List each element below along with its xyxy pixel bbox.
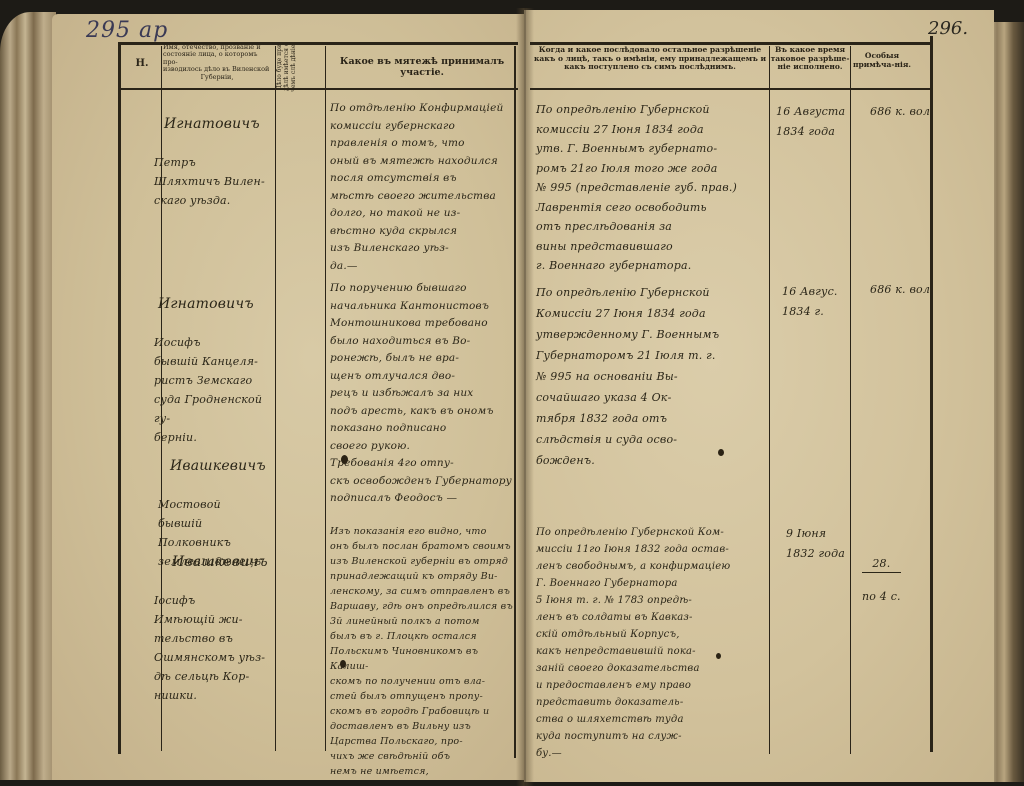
fraction-numerator: 28.	[862, 556, 901, 573]
ink-stain	[341, 455, 348, 464]
left-outer-border	[118, 42, 121, 754]
header-notes: Особыя примѣча-нія.	[852, 52, 912, 69]
entry-2-decision: По опредѣленію Губернской Комиссіи 27 Ію…	[536, 282, 768, 471]
entry-name: Петръ Шляхтичъ Вилен- скаго уѣзда.	[150, 153, 274, 210]
entry-surname: Ивашкевичъ	[150, 457, 274, 476]
header-executed: Въ какое время таковое разрѣше-ніе испол…	[770, 46, 850, 72]
entry-name: Иосифъ бывшій Канцеля- ристъ Земскаго су…	[150, 333, 274, 447]
entry-2-participation: По поручению бывшаго начальника Кантонис…	[330, 280, 516, 508]
fraction-denominator: по 4 с.	[862, 590, 901, 603]
header-participation: Какое въ мятежѣ принималъ участіе.	[327, 57, 517, 79]
header-case: Дѣло буде при дѣлѣ имѣется о чемъ слѣ дѣ…	[277, 42, 325, 92]
entry-surname: Игнатовичъ	[150, 295, 274, 314]
entry-name: Іосифъ Имѣющій жи- тельство въ Ошмянском…	[150, 591, 274, 705]
entry-4-executed: 9 Іюня 1832 года	[786, 524, 848, 564]
page-stack-left-edge	[0, 12, 56, 780]
ink-stain	[716, 653, 721, 659]
entry-1-executed: 16 Августа 1834 года	[776, 102, 848, 142]
col-divider-part	[325, 46, 326, 751]
entry-2-executed: 16 Авгус. 1834 г.	[782, 282, 848, 322]
entry-1-participation: По отдѣленію Конфирмаціей комиссіи губер…	[330, 100, 516, 275]
header-decision: Когда и какое послѣдовало остальное разр…	[532, 46, 768, 72]
left-page-number: 295 ар	[86, 18, 168, 43]
entry-surname: Игнатовичъ	[150, 115, 274, 134]
right-header-bottom-rule	[530, 88, 932, 90]
entry-4-notes: 28. по 4 с.	[862, 524, 922, 605]
entry-1-notes: 686 к. вол.	[870, 104, 1010, 120]
right-page-number: 296.	[928, 18, 968, 39]
entry-1-name-cell: Игнатовичъ Петръ Шляхтичъ Вилен- скаго у…	[150, 96, 274, 229]
ledger-spread: 295 ар 296. Н. Имя, отечество, прозваніе…	[0, 0, 1024, 786]
col-divider-case	[275, 46, 276, 751]
entry-4-name-cell: Ивашкевичъ Іосифъ Имѣющій жи- тельство в…	[150, 534, 274, 724]
col-divider-notes	[850, 46, 851, 754]
entry-surname: Ивашкевичъ	[150, 553, 274, 572]
col-divider-executed	[769, 46, 770, 754]
header-name-line: состояніе лица, о которомъ про-	[163, 50, 258, 65]
header-name: Имя, отечество, прозваніе и состояніе ли…	[163, 44, 271, 81]
book-gutter	[516, 8, 534, 786]
ink-stain	[340, 660, 346, 668]
right-outer-border	[930, 36, 933, 752]
header-name-line: Губерніи,	[163, 74, 271, 81]
entry-4-participation: Изъ показанія его видно, что онъ былъ по…	[330, 524, 516, 779]
header-number: Н.	[122, 58, 162, 70]
ink-stain	[718, 449, 724, 456]
entry-2-notes: 686 к. вол.	[870, 282, 1010, 298]
notes-fraction: 28. по 4 с.	[862, 540, 901, 605]
entry-1-decision: По опредѣленію Губернской комиссіи 27 Ію…	[536, 100, 768, 276]
entry-4-decision: По опредѣленію Губернской Ком- миссіи 11…	[536, 524, 768, 762]
